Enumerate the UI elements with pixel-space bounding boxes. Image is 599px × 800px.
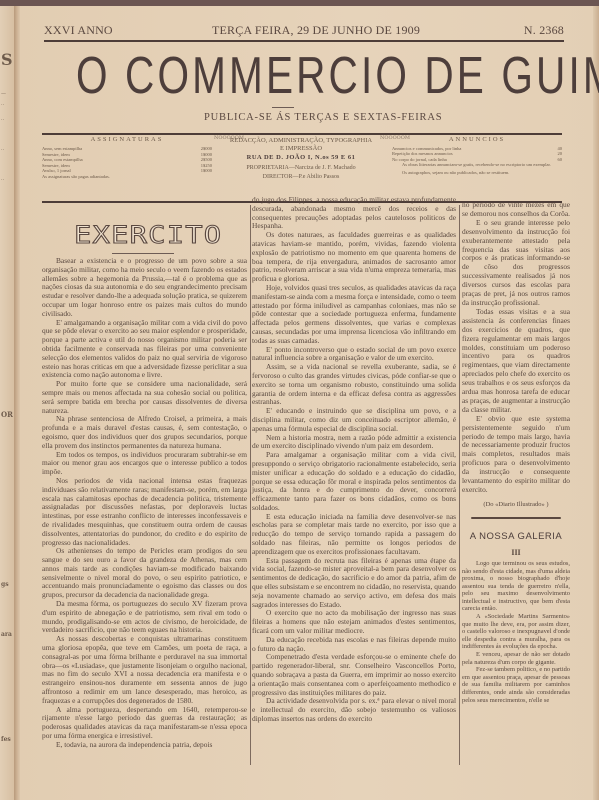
scan-top-border — [0, 0, 599, 6]
editorial-line2: E IMPRESSÃO — [226, 145, 376, 153]
paragraph: O exercito que no acto da mobilisação de… — [252, 609, 456, 635]
margin-fragment: gs — [1, 581, 9, 588]
paragraph: E' educando e instruindo que se discipli… — [252, 407, 456, 433]
margin-fragment: OR — [1, 411, 13, 418]
paragraph: Fez-se tambem politico, e no partido em … — [462, 666, 570, 704]
article-column-1: Basear a existencia e o progresso de um … — [42, 257, 247, 750]
paragraph: Por muito forte que se considere uma nac… — [42, 380, 247, 415]
paragraph: E, todavia, na aurora da independencia p… — [42, 741, 247, 750]
paragraph: Da educação recebida nas escolas e nas f… — [252, 636, 456, 654]
paragraph: E' obvio que este systema persistentemen… — [462, 415, 570, 495]
paragraph: Todas essas visitas e a sua assistencia … — [462, 308, 570, 415]
paragraph: no periodo de vinte mezes em que se demo… — [462, 201, 570, 219]
margin-fragment: S — [1, 56, 13, 63]
paragraph: Nos periodos de vida nacional intensa es… — [42, 477, 247, 547]
title-rule — [112, 253, 174, 254]
paragraph: Em todos os tempos, os individuos procur… — [42, 451, 247, 477]
article-column-3: no periodo de vinte mezes em que se demo… — [462, 201, 570, 704]
ads-note: As obras litterarias annunciam-se gratis… — [392, 162, 562, 167]
ads-note: Os autographos, sejam ou não publicados,… — [392, 170, 562, 175]
paragraph: E o seu grande interesse pelo desenvolvi… — [462, 219, 570, 308]
paragraph: Da mesma fórma, os portuguezes do seculo… — [42, 600, 247, 635]
ornament-separator: NOOOOOM — [380, 135, 386, 199]
masthead-rule — [44, 40, 564, 42]
paragraph: Na phrase sentenciosa de Alfredo Croisel… — [42, 415, 247, 450]
article-credit: (Do «Diario Illustrado» ) — [462, 501, 570, 508]
paragraph: Nem a historia mostra, nem a razão póde … — [252, 434, 456, 452]
subscriptions-footnote: As assignaturas são pagas adiantadas. — [42, 174, 212, 180]
editorial-director: DIRECTOR—P.e Abilio Passos — [226, 174, 376, 180]
ornament-separator: NOOOOOM — [214, 135, 220, 199]
subscriptions-heading: ASSIGNATURAS — [42, 136, 212, 143]
title-underline — [272, 107, 294, 108]
paragraph: Compenetrado d'esta verdade esforçou-se … — [252, 653, 456, 697]
masthead-meta: XXVI ANNO TERÇA FEIRA, 29 DE JUNHO DE 19… — [44, 23, 564, 37]
issue-number: N. 2368 — [524, 23, 564, 38]
paragraph: Hoje, volvidos quasi tres seculos, as qu… — [252, 284, 456, 346]
paragraph: Logo que terminou os seus estudos, não s… — [462, 560, 570, 613]
subscriptions-box: ASSIGNATURAS Anno, sem estampilha2$000 S… — [42, 133, 212, 201]
paragraph: do jugo dos Filippes, a nossa educação m… — [252, 196, 456, 231]
paragraph: Assim, se a vida nacional se revella exu… — [252, 363, 456, 407]
paragraph: E esta educação iniciada na familia deve… — [252, 513, 456, 557]
paragraph: E venceu, apesar de não ser dotado pela … — [462, 651, 570, 666]
article-column-2: do jugo dos Filippes, a nossa educação m… — [252, 196, 456, 724]
adjacent-page-fragment: S — .. .. .. .. OR gs ara fes — [0, 6, 14, 800]
newspaper-title: O COMMERCIO DE GUIMARÃES — [76, 48, 443, 104]
editorial-address: RUA DE D. JOÃO I, N.os 59 E 61 — [226, 154, 376, 161]
issue-date: TERÇA FEIRA, 29 DE JUNHO DE 1909 — [212, 23, 420, 38]
paragraph: Basear a existencia e o progresso de um … — [42, 257, 247, 319]
column-divider — [459, 205, 460, 765]
ads-box: ANNUNCIOS Annuncios e communicados, por … — [392, 133, 562, 201]
ads-heading: ANNUNCIOS — [392, 136, 562, 143]
editorial-box: REDACÇÃO, ADMINISTRAÇÃO, TYPOGRAPHIA E I… — [226, 133, 376, 201]
page-edge — [593, 6, 599, 800]
column-divider — [250, 205, 251, 765]
publication-schedule: PUBLICA-SE ÁS TERÇAS E SEXTAS-FEIRAS — [204, 112, 442, 123]
volume-year: XXVI ANNO — [44, 23, 113, 38]
paragraph: E' ponto incontroverso que o estado soci… — [252, 346, 456, 364]
margin-fragment: ara — [1, 631, 12, 638]
paragraph: E' amalgamando a organisação militar com… — [42, 319, 247, 381]
page-fold — [14, 6, 20, 800]
paragraph: Os athenienses do tempo de Pericles eram… — [42, 547, 247, 600]
paragraph: Da actividade desenvolvida por s. ex.ª p… — [252, 697, 456, 723]
paragraph: Esta passagem do recruta nas fileiras é … — [252, 557, 456, 610]
editorial-line1: REDACÇÃO, ADMINISTRAÇÃO, TYPOGRAPHIA — [226, 137, 376, 145]
gallery-heading: A NOSSA GALERIA — [462, 531, 570, 542]
paragraph: Os dotes naturaes, as faculdades guerrei… — [252, 231, 456, 284]
section-flourish — [471, 517, 561, 519]
editorial-owner: PROPRIETARIA—Narciza de J. F. Machado — [226, 165, 376, 171]
newspaper-page: S — .. .. .. .. OR gs ara fes XXVI ANNO … — [0, 0, 599, 800]
paragraph: A «Sociedade Martins Sarmento» que muito… — [462, 613, 570, 651]
gallery-number: III — [462, 548, 570, 557]
margin-fragment: fes — [1, 736, 11, 743]
paragraph: Para amalgamar a organisação militar com… — [252, 451, 456, 513]
paragraph: As nossas descobertas e conquistas ultra… — [42, 635, 247, 705]
paragraph: A alma portugueza, despertando em 1640, … — [42, 706, 247, 741]
